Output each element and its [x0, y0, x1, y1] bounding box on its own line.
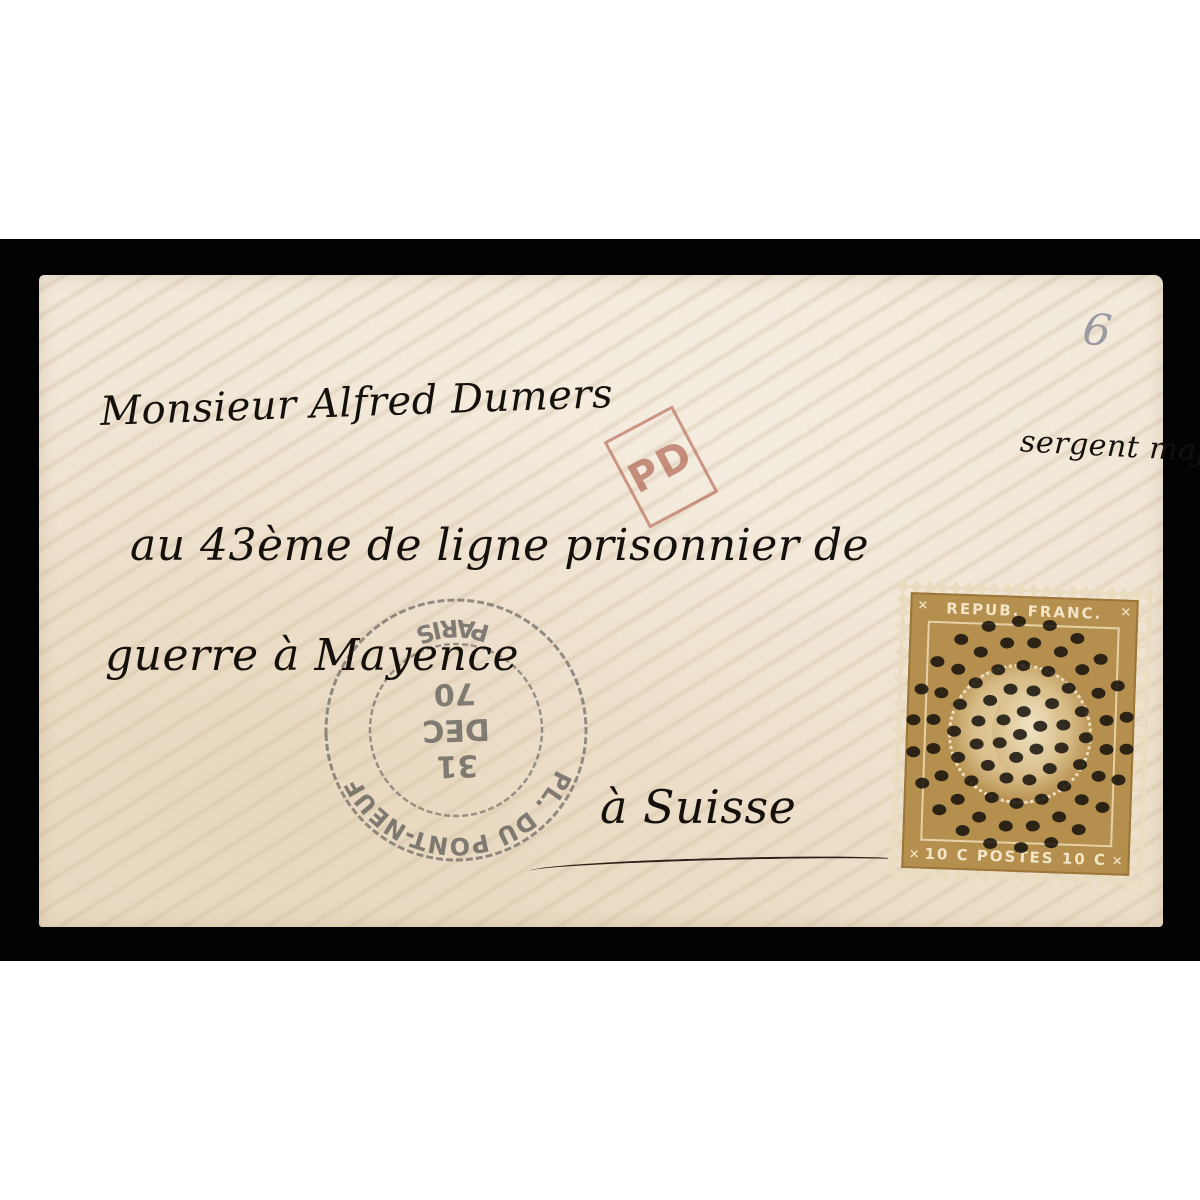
address-line-2: au 43ème de ligne prisonnier de — [130, 520, 869, 571]
stamp-frame — [920, 621, 1120, 848]
address-line-3: guerre à Mayence — [105, 630, 519, 681]
ceres-head-icon — [991, 690, 1058, 781]
postmark-month: DEC — [422, 711, 491, 748]
postmark-day: 31 — [436, 747, 479, 783]
stamp-bottom-inscription: 10 C POSTES 10 C — [903, 844, 1127, 870]
stamp-top-inscription: REPUB. FRANC. — [912, 598, 1136, 624]
stamp-medallion — [946, 662, 1095, 807]
postage-stamp: REPUB. FRANC. ✕ ✕ ✕ ✕ 10 C POSTES 10 C — [887, 580, 1153, 889]
stamp-body: REPUB. FRANC. ✕ ✕ ✕ ✕ 10 C POSTES 10 C — [901, 592, 1138, 876]
stamp-corner-cross-icon: ✕ — [917, 598, 928, 613]
address-line-4: à Suisse — [600, 780, 796, 834]
stamp-corner-cross-icon: ✕ — [1120, 605, 1131, 620]
